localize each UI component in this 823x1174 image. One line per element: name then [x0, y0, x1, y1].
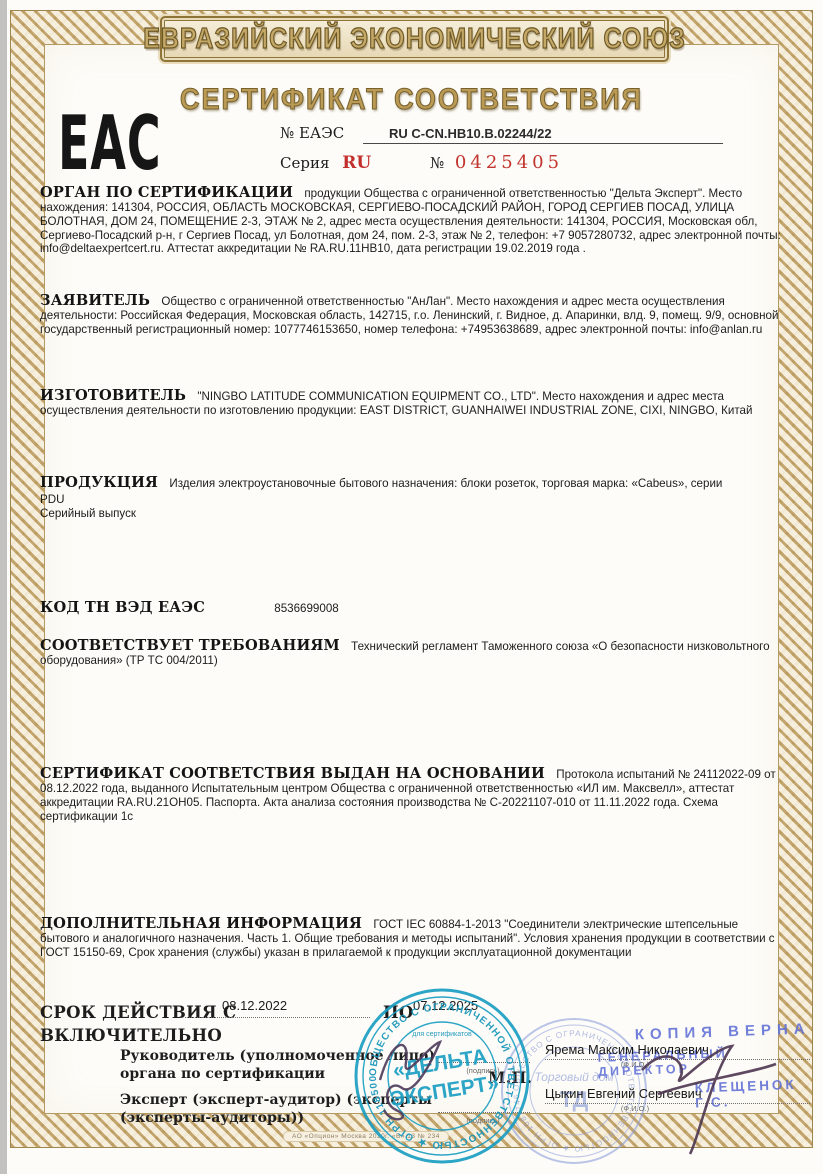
- series-label: Серия: [280, 154, 329, 172]
- certificate-title: СЕРТИФИКАТ СООТВЕТСТВИЯ: [0, 82, 823, 116]
- section-certification-body: ОРГАН ПО СЕРТИФИКАЦИИ продукции Общества…: [40, 184, 784, 256]
- validity-inclusive-label: ВКЛЮЧИТЕЛЬНО: [40, 1026, 222, 1045]
- tnved-code-value: 8536699008: [274, 602, 338, 615]
- section-requirements: СООТВЕТСТВУЕТ ТРЕБОВАНИЯМ Технический ре…: [40, 637, 784, 668]
- section-title: ПРОДУКЦИЯ: [40, 474, 166, 491]
- certificate-number: RU C-CN.HB10.B.02244/22: [363, 126, 723, 144]
- series-row: Серия RU № 0425405: [280, 152, 563, 173]
- section-issued-basis: СЕРТИФИКАТ СООТВЕТСТВИЯ ВЫДАН НА ОСНОВАН…: [40, 765, 784, 823]
- expert-ink-signature: [628, 1030, 788, 1160]
- section-title: ДОПОЛНИТЕЛЬНАЯ ИНФОРМАЦИЯ: [40, 915, 370, 932]
- number-label: № ЕАЭС: [280, 124, 344, 142]
- section-title: ЗАЯВИТЕЛЬ: [40, 292, 158, 309]
- form-number: 0425405: [455, 152, 563, 173]
- section-additional-info: ДОПОЛНИТЕЛЬНАЯ ИНФОРМАЦИЯ ГОСТ IEC 60884…: [40, 915, 784, 960]
- section-applicant: ЗАЯВИТЕЛЬ Общество с ограниченной ответс…: [40, 292, 784, 337]
- certificate-page: ЕВРАЗИЙСКИЙ ЭКОНОМИЧЕСКИЙ СОЮЗ ЕАС СЕРТИ…: [0, 0, 823, 1174]
- product-release-type: Серийный выпуск: [40, 507, 784, 521]
- section-title: СЕРТИФИКАТ СООТВЕТСТВИЯ ВЫДАН НА ОСНОВАН…: [40, 765, 553, 782]
- section-tnved-code: КОД ТН ВЭД ЕАЭС 8536699008: [40, 599, 784, 616]
- series-value: RU: [342, 153, 371, 173]
- section-manufacturer: ИЗГОТОВИТЕЛЬ "NINGBO LATITUDE COMMUNICAT…: [40, 387, 784, 418]
- product-series: PDU: [40, 493, 784, 507]
- section-product: ПРОДУКЦИЯ Изделия электроустановочные бы…: [40, 474, 784, 521]
- section-title: КОД ТН ВЭД ЕАЭС: [40, 599, 213, 616]
- form-number-label: №: [430, 154, 444, 172]
- union-banner: ЕВРАЗИЙСКИЙ ЭКОНОМИЧЕСКИЙ СОЮЗ: [160, 16, 669, 62]
- certificate-number-row: № ЕАЭС RU C-CN.HB10.B.02244/22: [280, 124, 723, 144]
- section-title: СООТВЕТСТВУЕТ ТРЕБОВАНИЯМ: [40, 637, 348, 654]
- section-title: ОРГАН ПО СЕРТИФИКАЦИИ: [40, 184, 301, 201]
- section-text: Изделия электроустановочные бытового наз…: [169, 477, 722, 490]
- validity-from-line: [185, 1000, 370, 1018]
- head-ink-signature: [362, 1018, 492, 1128]
- scan-edge-strip: [0, 0, 7, 1174]
- union-banner-text: ЕВРАЗИЙСКИЙ ЭКОНОМИЧЕСКИЙ СОЮЗ: [143, 22, 686, 55]
- section-title: ИЗГОТОВИТЕЛЬ: [40, 387, 194, 404]
